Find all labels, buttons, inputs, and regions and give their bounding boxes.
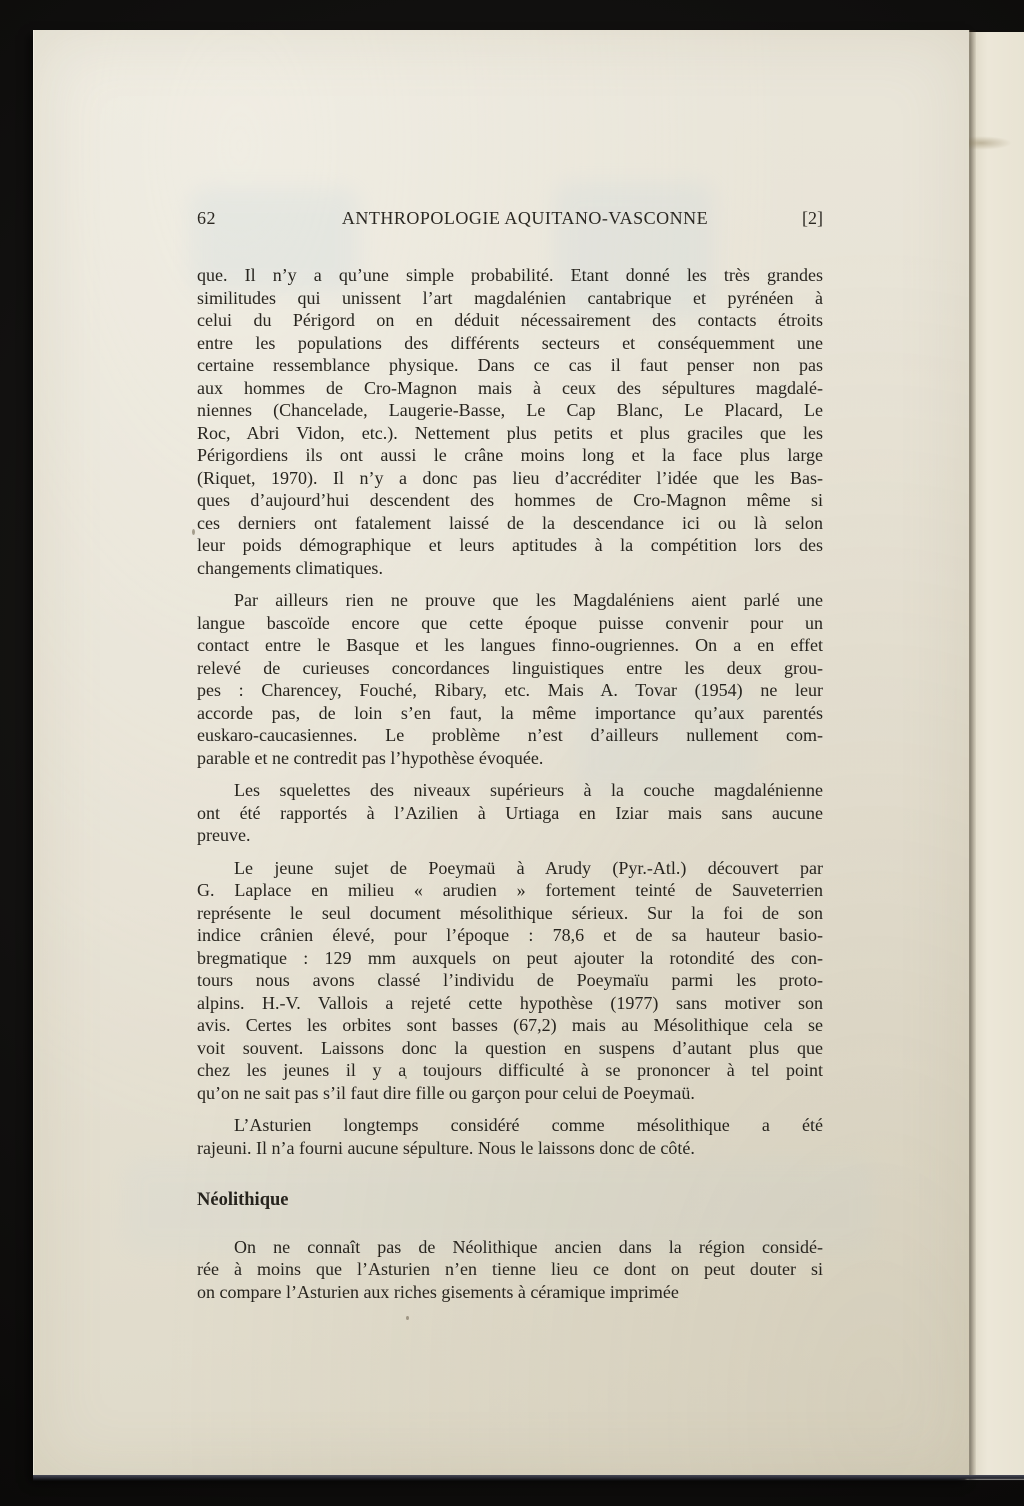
text-line: L’Asturien longtemps considéré comme més… [197, 1114, 823, 1137]
text-line: euskaro-caucasiennes. Le problème n’est … [197, 724, 823, 747]
dust-speck [192, 529, 195, 535]
text-line: Le jeune sujet de Poeymaü à Arudy (Pyr.-… [197, 857, 823, 880]
text-line: relevé de curieuses concordances linguis… [197, 657, 823, 680]
text-line: qu’on ne sait pas s’il faut dire fille o… [197, 1082, 823, 1105]
text-line: changements climatiques. [197, 557, 823, 580]
text-line: bregmatique : 129 mm auxquels on peut aj… [197, 947, 823, 970]
text-line: chez les jeunes il y a toujours difficul… [197, 1059, 823, 1082]
text-line: niennes (Chancelade, Laugerie-Basse, Le … [197, 399, 823, 422]
adjacent-page-edge [968, 32, 1024, 1480]
text-line: pes : Charencey, Fouché, Ribary, etc. Ma… [197, 679, 823, 702]
text-line: parable et ne contredit pas l’hypothèse … [197, 747, 823, 770]
text-line: Les squelettes des niveaux supérieurs à … [197, 779, 823, 802]
section-heading: Néolithique [197, 1189, 823, 1212]
paragraph: que. Il n’y a qu’une simple probabilité.… [197, 264, 823, 579]
text-line: alpins. H.-V. Vallois a rejeté cette hyp… [197, 992, 823, 1015]
text-line: on compare l’Asturien aux riches gisemen… [197, 1281, 823, 1304]
text-line: leur poids démographique et leurs aptitu… [197, 534, 823, 557]
page-header: 62 ANTHROPOLOGIE AQUITANO-VASCONNE [2] [197, 208, 823, 229]
text-line: ces derniers ont fatalement laissé de la… [197, 512, 823, 535]
text-line: rajeuni. Il n’a fourni aucune sépulture.… [197, 1137, 823, 1160]
page-bottom-edge [33, 1475, 1024, 1481]
text-line: voit souvent. Laissons donc la question … [197, 1037, 823, 1060]
text-line: langue bascoïde encore que cette époque … [197, 612, 823, 635]
dust-speck [406, 1316, 409, 1320]
text-line: ques d’aujourd’hui descendent des hommes… [197, 489, 823, 512]
text-line: entre les populations des différents sec… [197, 332, 823, 355]
paragraph: Le jeune sujet de Poeymaü à Arudy (Pyr.-… [197, 857, 823, 1105]
text-line: celui du Périgord on en déduit nécessair… [197, 309, 823, 332]
text-line: tours nous avons classé l’individu de Po… [197, 969, 823, 992]
text-line: représente le seul document mésolithique… [197, 902, 823, 925]
text-line: avis. Certes les orbites sont basses (67… [197, 1014, 823, 1037]
text-line: similitudes qui unissent l’art magdaléni… [197, 287, 823, 310]
paragraph: Les squelettes des niveaux supérieurs à … [197, 779, 823, 847]
issue-marker: [2] [763, 208, 823, 229]
text-line: preuve. [197, 824, 823, 847]
dust-speck [405, 1076, 407, 1079]
scanned-book-spread: 62 ANTHROPOLOGIE AQUITANO-VASCONNE [2] q… [0, 0, 1024, 1506]
paragraph: Par ailleurs rien ne prouve que les Magd… [197, 589, 823, 769]
text-line: Roc, Abri Vidon, etc.). Nettement plus p… [197, 422, 823, 445]
text-line: que. Il n’y a qu’une simple probabilité.… [197, 264, 823, 287]
running-title: ANTHROPOLOGIE AQUITANO-VASCONNE [287, 208, 763, 229]
book-page: 62 ANTHROPOLOGIE AQUITANO-VASCONNE [2] q… [33, 30, 969, 1478]
text-line: accorde pas, de loin s’en faut, la même … [197, 702, 823, 725]
text-line: Par ailleurs rien ne prouve que les Magd… [197, 589, 823, 612]
text-line: G. Laplace en milieu « arudien » forteme… [197, 879, 823, 902]
paragraph: On ne connaît pas de Néolithique ancien … [197, 1236, 823, 1304]
page-number: 62 [197, 208, 287, 229]
text-line: On ne connaît pas de Néolithique ancien … [197, 1236, 823, 1259]
text-line: (Riquet, 1970). Il n’y a donc pas lieu d… [197, 467, 823, 490]
text-line: aux hommes de Cro-Magnon mais à ceux des… [197, 377, 823, 400]
text-column: que. Il n’y a qu’une simple probabilité.… [197, 264, 823, 1313]
text-line: indice crânien élevé, pour l’époque : 78… [197, 924, 823, 947]
text-line: certaine ressemblance physique. Dans ce … [197, 354, 823, 377]
paragraph: L’Asturien longtemps considéré comme més… [197, 1114, 823, 1159]
text-line: rée à moins que l’Asturien n’en tienne l… [197, 1258, 823, 1281]
text-line: contact entre le Basque et les langues f… [197, 634, 823, 657]
text-line: Périgordiens ils ont aussi le crâne moin… [197, 444, 823, 467]
text-line: ont été rapportés à l’Azilien à Urtiaga … [197, 802, 823, 825]
